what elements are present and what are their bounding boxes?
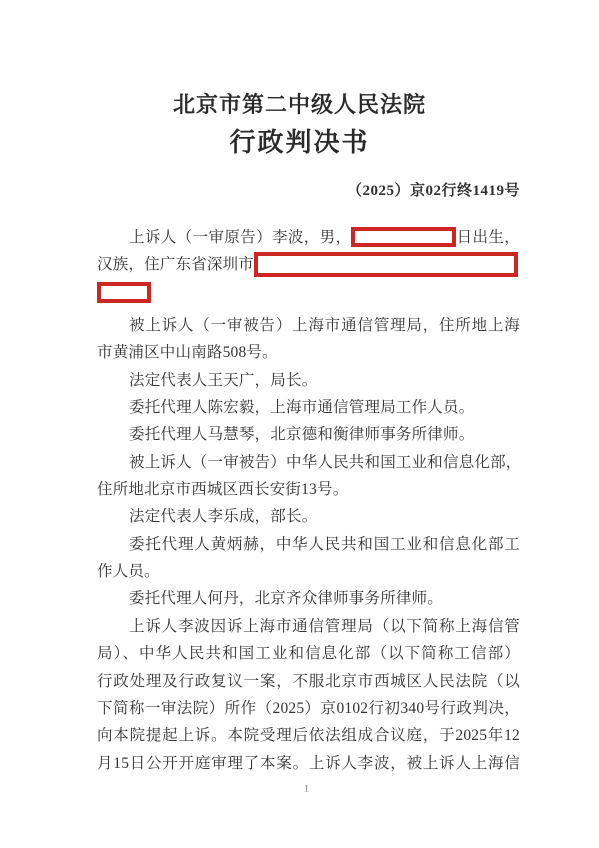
text-run: 被上诉人（一审被告）中华人民共和国工业和信息化部， xyxy=(129,454,522,471)
text-run: 市黄浦区中山南路508号。 xyxy=(97,344,278,361)
text-run: 委托代理人陈宏毅，上海市通信管理局工作人员。 xyxy=(129,399,474,416)
document-line: 委托代理人陈宏毅，上海市通信管理局工作人员。 xyxy=(97,394,520,421)
case-number: （2025）京02行终1419号 xyxy=(347,179,520,200)
text-run: 法定代表人王天广，局长。 xyxy=(129,372,317,389)
court-name-title: 北京市第二中级人民法院 xyxy=(0,88,599,119)
text-run: 委托代理人何丹，北京齐众律师事务所律师。 xyxy=(129,590,443,607)
text-run: 局）、中华人民共和国工业和信息化部（以下简称工信部） xyxy=(97,645,520,662)
document-line: 法定代表人李乐成，部长。 xyxy=(97,503,520,530)
document-line: 局）、中华人民共和国工业和信息化部（以下简称工信部） xyxy=(97,640,520,667)
text-run: 作人员。 xyxy=(97,563,160,580)
text-run: 上诉人李波因诉上海市通信管理局（以下简称上海信管 xyxy=(129,618,520,635)
text-run: 下简称一审法院）所作（2025）京0102行初340号行政判决， xyxy=(97,700,520,717)
text-run: 委托代理人马慧琴，北京德和衡律师事务所律师。 xyxy=(129,426,474,443)
text-run: 被上诉人（一审被告）上海市通信管理局，住所地上海 xyxy=(129,317,520,334)
redaction-box xyxy=(254,252,518,277)
text-run: 行政处理及行政复议一案，不服北京市西城区人民法院（以 xyxy=(97,673,520,690)
document-body: 上诉人（一审原告）李波，男，日出生，汉族，住广东省深圳市被上诉人（一审被告）上海… xyxy=(97,224,520,777)
document-line: 下简称一审法院）所作（2025）京0102行初340号行政判决， xyxy=(97,695,520,722)
document-line: 委托代理人何丹，北京齐众律师事务所律师。 xyxy=(97,585,520,612)
document-line: 市黄浦区中山南路508号。 xyxy=(97,339,520,366)
document-line: 作人员。 xyxy=(97,558,520,585)
document-line: 被上诉人（一审被告）中华人民共和国工业和信息化部， xyxy=(97,449,520,476)
judgment-document-page: 北京市第二中级人民法院 行政判决书 （2025）京02行终1419号 上诉人（一… xyxy=(0,0,599,848)
document-line: 行政处理及行政复议一案，不服北京市西城区人民法院（以 xyxy=(97,668,520,695)
document-type-title: 行政判决书 xyxy=(0,122,599,159)
document-line: 向本院提起上诉。本院受理后依法组成合议庭，于2025年12 xyxy=(97,722,520,749)
text-run: 上诉人（一审原告）李波，男， xyxy=(129,229,351,246)
document-line: 委托代理人马慧琴，北京德和衡律师事务所律师。 xyxy=(97,421,520,448)
redaction-box xyxy=(351,227,456,247)
text-run: 日出生， xyxy=(456,229,520,246)
text-run: 法定代表人李乐成，部长。 xyxy=(129,508,317,525)
text-run: 住所地北京市西城区西长安街13号。 xyxy=(97,481,348,498)
text-run: 月15日公开开庭审理了本案。上诉人李波，被上诉人上海信 xyxy=(97,755,520,772)
document-line: 被上诉人（一审被告）上海市通信管理局，住所地上海 xyxy=(97,312,520,339)
document-line: 汉族，住广东省深圳市 xyxy=(97,251,520,278)
text-run: 向本院提起上诉。本院受理后依法组成合议庭，于2025年12 xyxy=(97,727,520,744)
page-number: 1 xyxy=(0,783,599,795)
document-line xyxy=(97,279,520,306)
document-line: 委托代理人黄炳赫，中华人民共和国工业和信息化部工 xyxy=(97,531,520,558)
document-line: 月15日公开开庭审理了本案。上诉人李波，被上诉人上海信 xyxy=(97,750,520,777)
document-line: 上诉人（一审原告）李波，男，日出生， xyxy=(97,224,520,251)
text-run: 委托代理人黄炳赫，中华人民共和国工业和信息化部工 xyxy=(129,536,520,553)
redaction-box xyxy=(97,282,151,303)
text-run: 汉族，住广东省深圳市 xyxy=(97,256,254,273)
document-line: 法定代表人王天广，局长。 xyxy=(97,367,520,394)
document-line: 住所地北京市西城区西长安街13号。 xyxy=(97,476,520,503)
document-line: 上诉人李波因诉上海市通信管理局（以下简称上海信管 xyxy=(97,613,520,640)
